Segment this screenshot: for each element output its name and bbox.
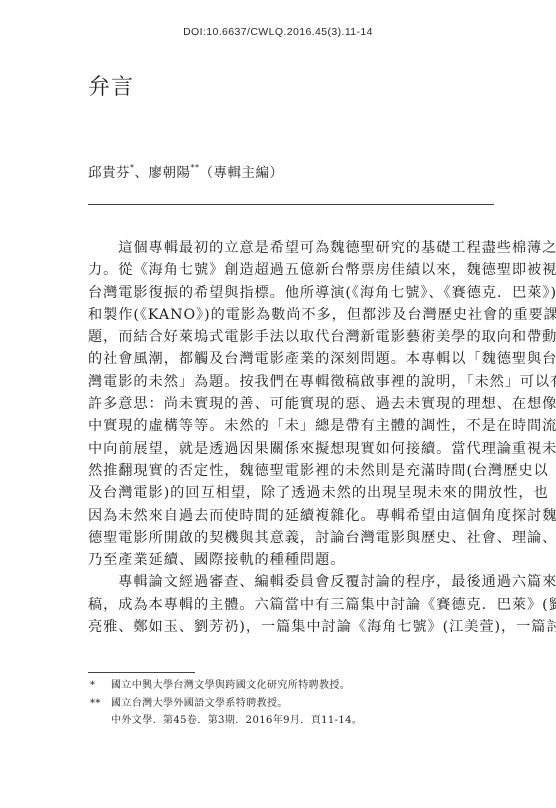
- article-body: 這個專輯最初的立意是希望可為魏德聖研究的基礎工程盡些棉薄之 力。從《海角七號》創…: [88, 237, 496, 638]
- doi-header: DOI:10.6637/CWLQ.2016.45(3).11-14: [0, 26, 556, 38]
- body-line: 和製作(《KANO》)的電影為數尚不多，但都涉及台灣歷史社會的重要課: [88, 304, 496, 326]
- author-name: 廖朝陽: [149, 165, 191, 181]
- body-line: 這個專輯最初的立意是希望可為魏德聖研究的基礎工程盡些棉薄之: [88, 237, 496, 259]
- footnote-divider: [88, 672, 195, 673]
- footnote-text: 國立台灣大學外國語文學系特聘教授。: [111, 698, 288, 709]
- editor-role: （專輯主編）: [200, 165, 284, 181]
- body-line: 中實現的虛構等等。未然的「未」總是帶有主體的調性，不是在時間流動: [88, 415, 496, 437]
- body-line: 專輯論文經過審查、編輯委員會反覆討論的程序，最後通過六篇來: [88, 571, 496, 593]
- body-line: 許多意思：尚未實現的善、可能實現的惡、過去未實現的理想、在想像: [88, 393, 496, 415]
- citation-text: 中外文學．第45卷．第3期．2016年9月．頁11-14。: [111, 715, 362, 726]
- citation-line: 中外文學．第45卷．第3期．2016年9月．頁11-14。: [88, 712, 508, 730]
- body-line: 然推翻現實的否定性，魏德聖電影裡的未然則是充滿時間(台灣歷史以: [88, 460, 496, 482]
- footnotes: * 國立中興大學台灣文學與跨國文化研究所特聘教授。 ** 國立台灣大學外國語文學…: [88, 677, 508, 730]
- footnote-mark: *: [90, 677, 95, 695]
- header-divider: [88, 204, 494, 205]
- body-line: 及台灣電影)的回互相望，除了透過未然的出現呈現未來的開放性，也: [88, 482, 496, 504]
- body-line: 中向前展望，就是透過因果關係來擬想現實如何接續。當代理論重視未: [88, 438, 496, 460]
- author-separator: 、: [135, 165, 149, 181]
- body-line: 稿，成為本專輯的主體。六篇當中有三篇集中討論《賽德克．巴萊》(劉: [88, 594, 496, 616]
- footnote-marker[interactable]: **: [191, 163, 200, 172]
- body-line: 台灣電影復振的希望與指標。他所導演(《海角七號》、《賽德克．巴萊》): [88, 282, 496, 304]
- body-line: 德聖電影所開啟的契機與其意義，討論台灣電影與歷史、社會、理論、: [88, 527, 496, 549]
- article-title: 弁言: [88, 70, 134, 101]
- body-line: 的社會風潮，都觸及台灣電影產業的深刻問題。本專輯以「魏德聖與台: [88, 348, 496, 370]
- footnote: * 國立中興大學台灣文學與跨國文化研究所特聘教授。: [88, 677, 508, 695]
- body-line: 因為未然來自過去而使時間的延續複雜化。專輯希望由這個角度探討魏: [88, 505, 496, 527]
- author-line: 邱貴芬*、廖朝陽**（專輯主編）: [88, 161, 284, 181]
- body-line: 亮雅、鄭如玉、劉芳礽)，一篇集中討論《海角七號》(江美萱)，一篇討: [88, 616, 496, 638]
- author-name: 邱貴芬: [88, 165, 130, 181]
- body-line: 乃至產業延續、國際接軌的種種問題。: [88, 549, 496, 571]
- footnote: ** 國立台灣大學外國語文學系特聘教授。: [88, 695, 508, 713]
- body-line: 題，而結合好萊塢式電影手法以取代台灣新電影藝術美學的取向和帶動: [88, 326, 496, 348]
- footnote-mark: **: [90, 695, 101, 713]
- footnote-text: 國立中興大學台灣文學與跨國文化研究所特聘教授。: [111, 680, 350, 691]
- body-line: 灣電影的未然」為題。按我們在專輯徵稿啟事裡的說明，「未然」可以有: [88, 371, 496, 393]
- body-line: 力。從《海角七號》創造超過五億新台幣票房佳績以來，魏德聖即被視為: [88, 259, 496, 281]
